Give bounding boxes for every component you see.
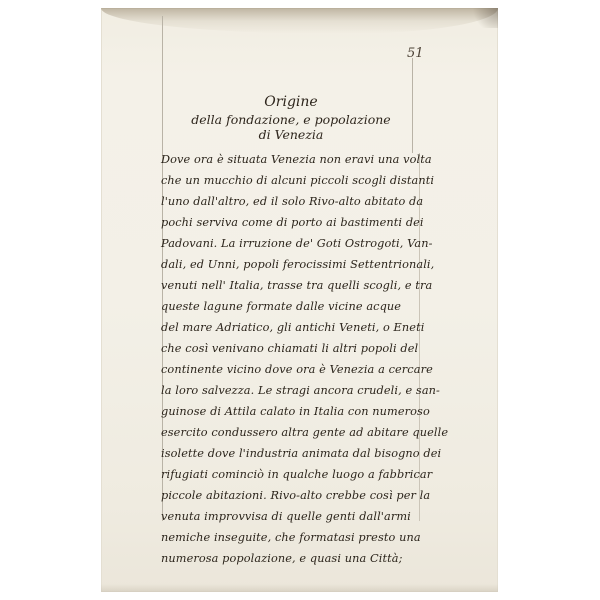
text-line: la loro salvezza. Le stragi ancora crude… — [161, 380, 431, 401]
title-line-3: di Venezia — [161, 127, 421, 142]
manuscript-page: 51 Origine della fondazione, e popolazio… — [101, 8, 498, 592]
text-line: queste lagune formate dalle vicine acque — [161, 296, 431, 317]
manuscript-body: Dove ora è situata Venezia non eravi una… — [161, 149, 431, 569]
text-line: dali, ed Unni, popoli ferocissimi Setten… — [161, 254, 431, 275]
bottom-edge-shadow — [101, 584, 498, 592]
corner-stain — [468, 8, 498, 28]
text-line: continente vicino dove ora è Venezia a c… — [161, 359, 431, 380]
title-line-2: della fondazione, e popolazione — [161, 112, 421, 127]
text-line: che un mucchio di alcuni piccoli scogli … — [161, 170, 431, 191]
text-line: esercito condussero altra gente ad abita… — [161, 422, 431, 443]
text-line: nemiche inseguite, che formatasi presto … — [161, 527, 431, 548]
text-line: che così venivano chiamati li altri popo… — [161, 338, 431, 359]
text-line: venuti nell' Italia, trasse tra quelli s… — [161, 275, 431, 296]
text-line: venuta improvvisa di quelle genti dall'a… — [161, 506, 431, 527]
text-line: del mare Adriatico, gli antichi Veneti, … — [161, 317, 431, 338]
text-line: Dove ora è situata Venezia non eravi una… — [161, 149, 431, 170]
text-line: guinose di Attila calato in Italia con n… — [161, 401, 431, 422]
text-line: Padovani. La irruzione de' Goti Ostrogot… — [161, 233, 431, 254]
text-line: l'uno dall'altro, ed il solo Rivo-alto a… — [161, 191, 431, 212]
text-line: pochi serviva come di porto ai bastiment… — [161, 212, 431, 233]
text-line: rifugiati cominciò in qualche luogo a fa… — [161, 464, 431, 485]
top-edge-stain — [101, 8, 498, 34]
folio-number: 51 — [407, 46, 424, 61]
text-line: isolette dove l'industria animata dal bi… — [161, 443, 431, 464]
text-line: numerosa popolazione, e quasi una Città; — [161, 548, 431, 569]
title-line-1: Origine — [161, 94, 421, 110]
text-line: piccole abitazioni. Rivo-alto crebbe cos… — [161, 485, 431, 506]
